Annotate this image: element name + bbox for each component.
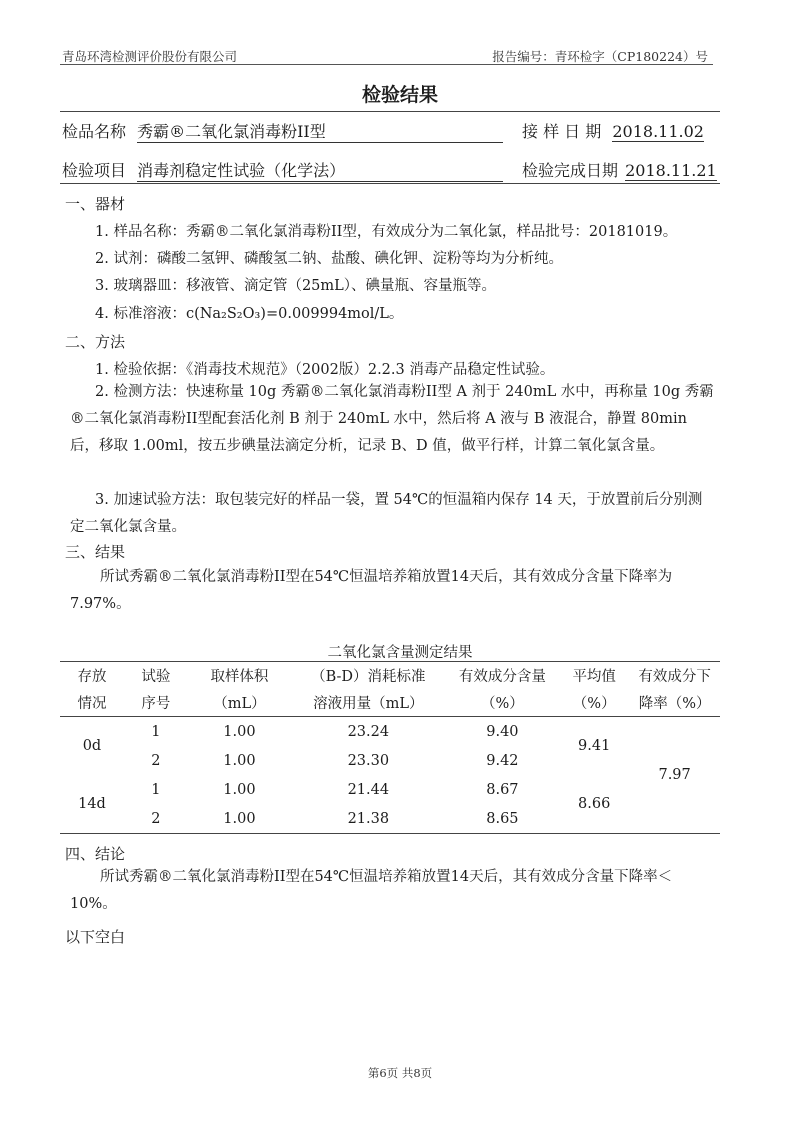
header-storage-2: 情况 <box>60 689 124 717</box>
volume-cell: 1.00 <box>188 717 291 747</box>
test-item-value: 消毒剂稳定性试验（化学法） <box>137 158 503 182</box>
header-consumption: （B-D）消耗标准 <box>291 662 446 690</box>
test-item-row: 检验项目 消毒剂稳定性试验（化学法） <box>62 158 503 182</box>
header-content-unit: （%） <box>446 689 559 717</box>
content-cell: 8.65 <box>446 804 559 834</box>
seq-cell: 1 <box>124 717 188 747</box>
section-result-heading: 三、结果 <box>65 541 125 562</box>
method-item-2: 2. 检测方法：快速称量 10g 秀霸®二氧化氯消毒粉II型 A 剂于 240m… <box>70 379 715 460</box>
method-item-3: 3. 加速试验方法：取包装完好的样品一袋，置 54℃的恒温箱内保存 14 天，于… <box>70 487 715 541</box>
volume-cell: 1.00 <box>188 746 291 775</box>
decline-rate-cell: 7.97 <box>629 717 720 834</box>
table-header-row-2: 情况 序号 （mL） 溶液用量（mL） （%） （%） 降率（%） <box>60 689 720 717</box>
page-title: 检验结果 <box>0 80 800 107</box>
section-method-heading: 二、方法 <box>65 331 125 352</box>
info-divider <box>60 183 720 184</box>
consumption-cell: 21.44 <box>291 775 446 804</box>
title-divider <box>60 111 720 112</box>
table-row: 14d 1 1.00 21.44 8.67 8.66 <box>60 775 720 804</box>
complete-date-value: 2018.11.21 <box>625 161 717 181</box>
equipment-item-1: 1. 样品名称：秀霸®二氧化氯消毒粉II型，有效成分为二氧化氯，样品批号：201… <box>95 220 677 241</box>
equipment-item-2: 2. 试剂：磷酸二氢钾、磷酸氢二钠、盐酸、碘化钾、淀粉等均为分析纯。 <box>95 247 563 268</box>
average-cell: 9.41 <box>559 717 629 776</box>
header-consumption-2: 溶液用量（mL） <box>291 689 446 717</box>
content-cell: 9.40 <box>446 717 559 747</box>
receive-date-row: 接 样 日 期 2018.11.02 <box>522 119 704 142</box>
volume-cell: 1.00 <box>188 775 291 804</box>
header-decline: 有效成分下 <box>629 662 720 690</box>
storage-cell: 0d <box>60 717 124 776</box>
header-storage: 存放 <box>60 662 124 690</box>
report-number: 报告编号：青环检字（CP180224）号 <box>492 47 708 65</box>
method-item-1: 1. 检验依据：《消毒技术规范》（2002版）2.2.3 消毒产品稳定性试验。 <box>95 358 554 379</box>
blank-note: 以下空白 <box>65 926 125 947</box>
results-table: 存放 试验 取样体积 （B-D）消耗标准 有效成分含量 平均值 有效成分下 情况… <box>60 661 720 834</box>
equipment-item-3: 3. 玻璃器皿：移液管、滴定管（25mL）、碘量瓶、容量瓶等。 <box>95 274 496 295</box>
complete-date-label: 检验完成日期 <box>522 161 618 180</box>
table-caption: 二氧化氯含量测定结果 <box>0 641 800 662</box>
header-decline-2: 降率（%） <box>629 689 720 717</box>
seq-cell: 2 <box>124 746 188 775</box>
header-average-unit: （%） <box>559 689 629 717</box>
header-seq-2: 序号 <box>124 689 188 717</box>
header-volume: 取样体积 <box>188 662 291 690</box>
section-conclusion-heading: 四、结论 <box>65 843 125 864</box>
header-content: 有效成分含量 <box>446 662 559 690</box>
company-name: 青岛环湾检测评价股份有限公司 <box>62 47 237 65</box>
equipment-item-4: 4. 标准溶液：c(Na₂S₂O₃)=0.009994mol/L。 <box>95 302 403 323</box>
consumption-cell: 23.24 <box>291 717 446 747</box>
complete-date-row: 检验完成日期 2018.11.21 <box>522 158 717 181</box>
consumption-cell: 23.30 <box>291 746 446 775</box>
table-header-row-1: 存放 试验 取样体积 （B-D）消耗标准 有效成分含量 平均值 有效成分下 <box>60 662 720 690</box>
receive-date-value: 2018.11.02 <box>612 122 704 142</box>
receive-date-label: 接 样 日 期 <box>522 122 601 141</box>
content-cell: 9.42 <box>446 746 559 775</box>
average-cell: 8.66 <box>559 775 629 834</box>
volume-cell: 1.00 <box>188 804 291 834</box>
header-volume-unit: （mL） <box>188 689 291 717</box>
content-cell: 8.67 <box>446 775 559 804</box>
sample-name-row: 检品名称 秀霸®二氧化氯消毒粉II型 <box>62 119 503 143</box>
result-text: 所试秀霸®二氧化氯消毒粉II型在54℃恒温培养箱放置14天后，其有效成分含量下降… <box>70 564 715 618</box>
sample-name-label: 检品名称 <box>62 122 126 141</box>
seq-cell: 1 <box>124 775 188 804</box>
header-average: 平均值 <box>559 662 629 690</box>
table-row: 0d 1 1.00 23.24 9.40 9.41 7.97 <box>60 717 720 747</box>
page-number: 第6页 共8页 <box>0 1065 800 1081</box>
consumption-cell: 21.38 <box>291 804 446 834</box>
header-seq: 试验 <box>124 662 188 690</box>
sample-name-value: 秀霸®二氧化氯消毒粉II型 <box>137 119 503 143</box>
conclusion-text: 所试秀霸®二氧化氯消毒粉II型在54℃恒温培养箱放置14天后，其有效成分含量下降… <box>70 864 715 918</box>
header-divider <box>60 64 713 65</box>
seq-cell: 2 <box>124 804 188 834</box>
storage-cell: 14d <box>60 775 124 834</box>
section-equipment-heading: 一、器材 <box>65 193 125 214</box>
test-item-label: 检验项目 <box>62 161 126 180</box>
